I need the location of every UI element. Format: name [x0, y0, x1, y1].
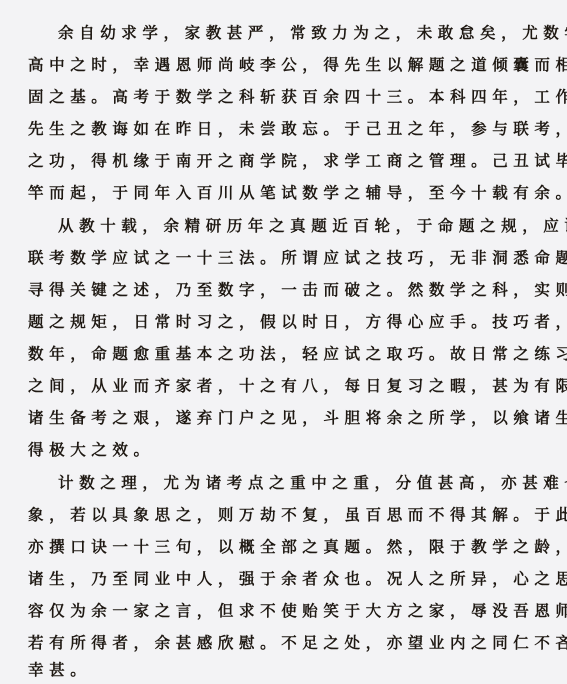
paragraph-3-line-3: 亦撰口诀一十三句，以概全部之真题。然，限于教学之龄，余之所学亦尚浅，备考 — [28, 535, 541, 559]
paragraph-1-line-1: 余自幼求学，家教甚严，常致力为之，未敢怠矣，尤数学之科，阅题无数。于 — [58, 21, 541, 45]
paragraph-3-line-1: 计数之理，尤为诸考点之重中之重，分值甚高，亦甚难也。计数之难，难于抽 — [58, 471, 541, 495]
paragraph-3-line-4: 诸生，乃至同业中人，强于余者众也。况人之所异，心之思维亦不同也，本课之内 — [28, 567, 541, 591]
paragraph-2-line-2: 联考数学应试之一十三法。所谓应试之技巧，无非洞悉命题之道，与繁乱之步骤中， — [28, 246, 541, 270]
paragraph-3-line-5: 容仅为余一家之言，但求不使贻笑于大方之家，辱没吾恩师之名。于本课中，诸生 — [28, 599, 541, 623]
paragraph-1-line-4: 先生之教诲如在昨日，未尝敢忘。于己丑之年，参与联考，以数学满分，笔试九名 — [28, 117, 541, 141]
preface-document: 余自幼求学，家教甚严，常致力为之，未敢怠矣，尤数学之科，阅题无数。于 高中之时，… — [0, 0, 567, 684]
paragraph-3-line-7: 幸甚。 — [28, 658, 541, 682]
paragraph-3-line-6: 若有所得者，余甚感欣慰。不足之处，亦望业内之同仁不吝赐教，若得指正，余亦 — [28, 631, 541, 655]
paragraph-2-line-4: 题之规矩，日常时习之，假以时日，方得心应手。技巧者，无他，手熟而已。况近 — [28, 310, 541, 334]
paragraph-1-line-5: 之功，得机缘于南开之商学院，求学工商之管理。己丑试毕，复习之辛未尽，遂揭 — [28, 149, 541, 173]
paragraph-1-line-2: 高中之时，幸遇恩师尚岐李公，得先生以解题之道倾囊而相授，顿开茅塞，筑得稳 — [28, 53, 541, 77]
paragraph-2-line-3: 寻得关键之述，乃至数字，一击而破之。然数学之科，实则应立于基本之功法，解 — [28, 278, 541, 302]
paragraph-2-line-6: 之间，从业而齐家者，十之有八，每日复习之暇，甚为有限。余尝亦为考生，深感 — [28, 374, 541, 398]
paragraph-1-line-3: 固之基。高考于数学之科斩获百余四十三。本科四年，工作三载，虽弃理从文，然 — [28, 85, 541, 109]
paragraph-3-line-2: 象，若以具象思之，则万劫不复，虽百思而不得其解。于此方中，余将研习之心得， — [28, 503, 541, 527]
paragraph-2-line-7: 诸生备考之艰，遂弃门户之见，斗胆将余之所学，以飨诸生，望诸生于有限之暇， — [28, 406, 541, 430]
paragraph-2-line-5: 数年，命题愈重基本之功法，轻应试之取巧。故日常之练习，断不可废也。然诸生 — [28, 342, 541, 366]
paragraph-1-line-6: 竿而起，于同年入百川从笔试数学之辅导，至今十载有余。 — [28, 181, 541, 205]
paragraph-2-line-1: 从教十载，余精研历年之真题近百轮，于命题之规，应试之道，略窥一二，撰 — [58, 214, 541, 238]
paragraph-2-line-8: 得极大之效。 — [28, 438, 541, 462]
